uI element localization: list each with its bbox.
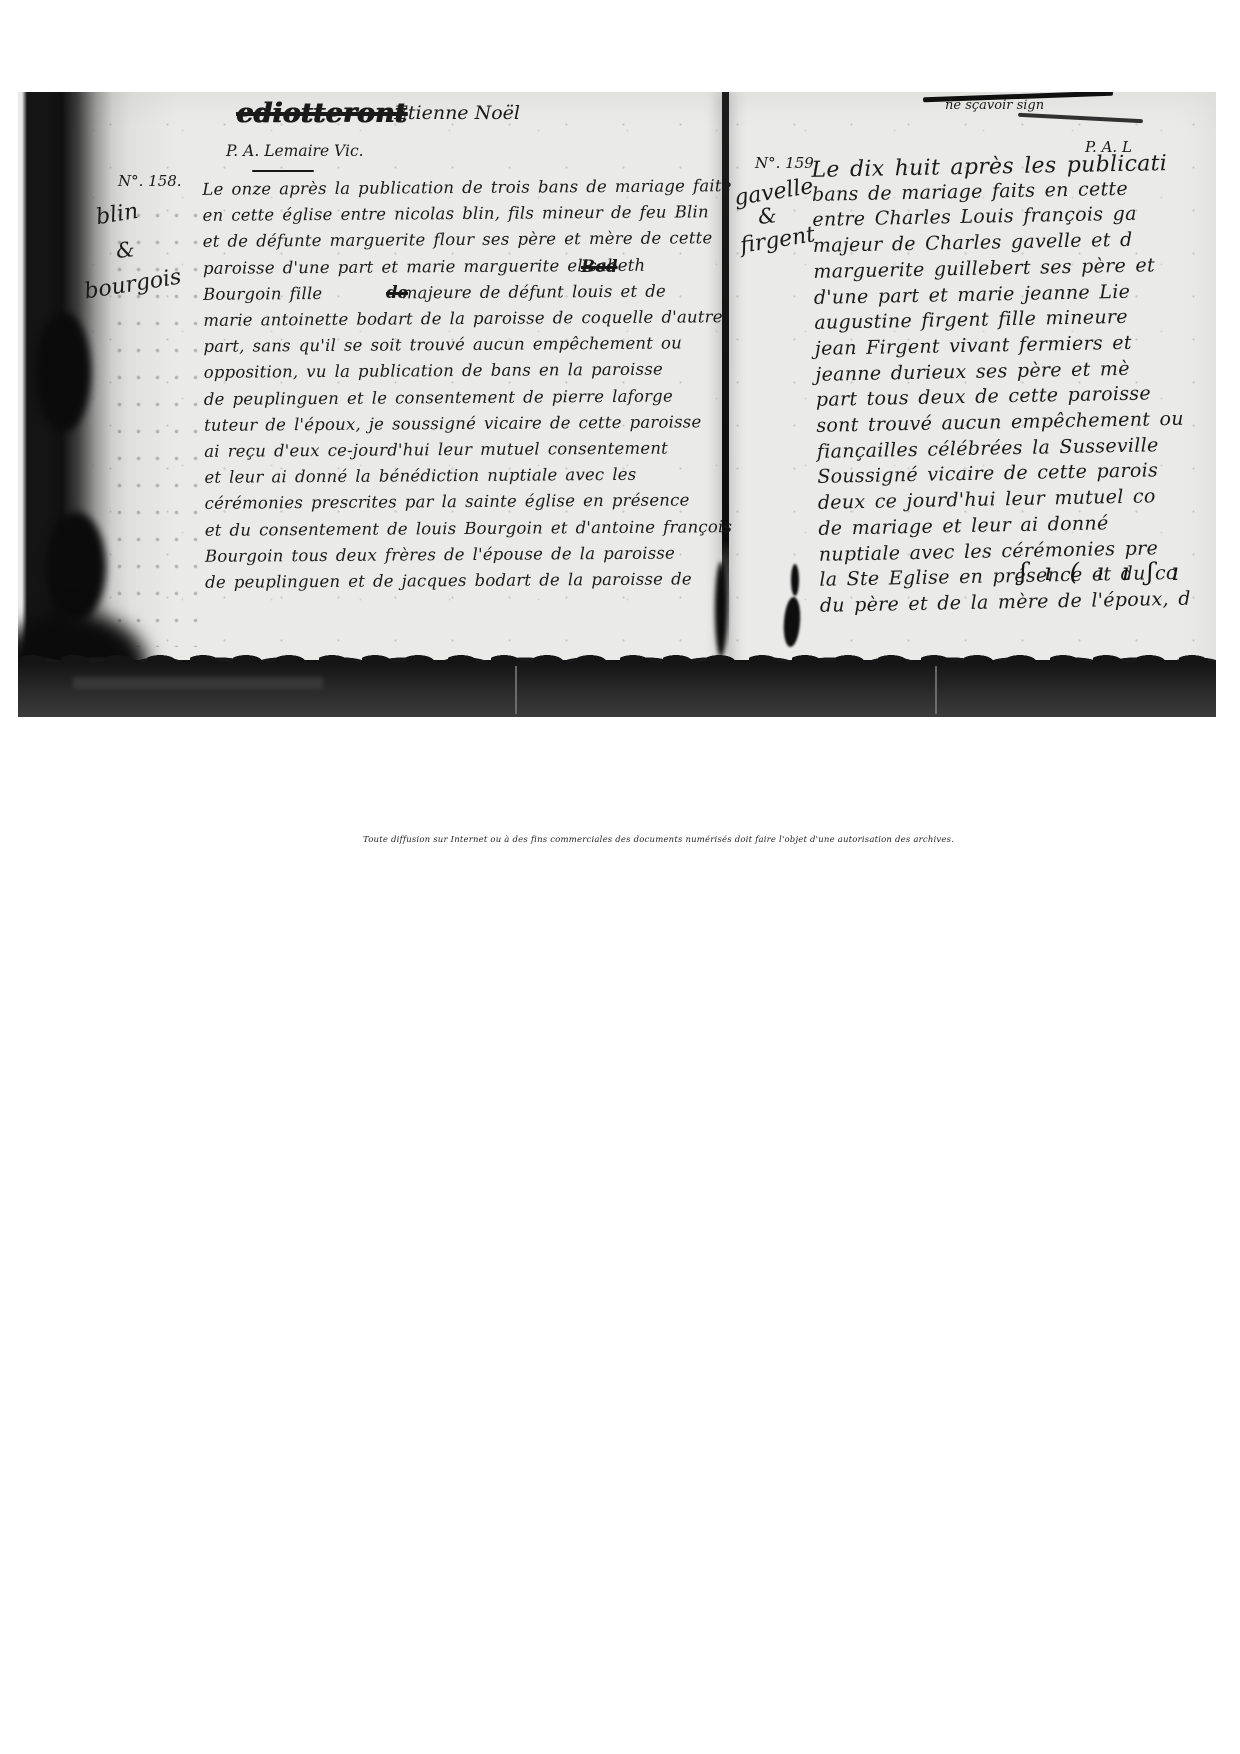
record-line: part tous deux de cette paroisse: [816, 382, 1151, 410]
page: { "scan": { "colors": { "paper": "#eaeae…: [0, 0, 1240, 1754]
record-line: augustine firgent fille mineure: [814, 306, 1128, 334]
margin-name-firgent: firgent: [739, 222, 817, 258]
record-line: et de défunte marguerite flour ses père …: [203, 228, 713, 251]
binding-blob: [36, 312, 91, 432]
record-line: de mariage et leur ai donné: [818, 512, 1109, 540]
register-scan: ediotteront Etienne Noël P. A. Lemaire V…: [18, 92, 1216, 717]
band-streak: [73, 677, 323, 689]
record-line: majeur de Charles gavelle et d: [813, 229, 1133, 257]
entry-header-struck: ediotteront: [236, 98, 407, 129]
record-line: Soussigné vicaire de cette parois: [817, 459, 1158, 488]
record-line: entre Charles Louis françois ga: [812, 203, 1137, 231]
margin-ampersand: &: [757, 203, 778, 229]
record-line: cérémonies prescrites par la sainte égli…: [205, 490, 690, 512]
margin-ampersand: &: [115, 237, 136, 263]
left-record-text: Le onze après la publication de trois ba…: [202, 176, 725, 660]
band-scratch: [935, 666, 937, 714]
record-line: marguerite guillebert ses père et: [813, 254, 1155, 283]
record-line: opposition, vu la publication de bans en…: [204, 360, 663, 382]
record-line: Le onze après la publication de trois ba…: [202, 176, 731, 199]
record-line: et du consentement de louis Bourgoin et …: [205, 517, 732, 540]
record-line: jeanne durieux ses père et mè: [815, 358, 1130, 386]
ink-blot: [791, 564, 799, 596]
ink-blot: [782, 597, 801, 648]
signature-marks: ʃ ı ( ı ı ʃ ı: [1020, 558, 1184, 586]
entry-header-name: Etienne Noël: [394, 102, 520, 124]
signature-underline: [252, 170, 314, 172]
scan-bottom-band: [18, 660, 1216, 717]
binding-blob: [46, 512, 106, 622]
record-line: sont trouvé aucun empêchement ou: [816, 408, 1184, 437]
record-line: de peuplinguen et de jacques bodart de l…: [205, 569, 692, 591]
record-line: Bourgoin tous deux frères de l'épouse de…: [205, 544, 675, 566]
margin-number-158: N°. 158.: [118, 172, 182, 190]
record-line: paroisse d'une part et marie marguerite …: [203, 256, 646, 278]
record-line: et leur ai donné la bénédiction nuptiale…: [204, 465, 636, 487]
record-line: d'une part et marie jeanne Lie: [814, 281, 1131, 309]
record-line: deux ce jourd'hui leur mutuel co: [818, 485, 1156, 513]
top-fragment: ne sçavoir sign: [945, 98, 1044, 113]
record-line: du père et de la mère de l'époux, d: [820, 588, 1191, 617]
struck-word: de: [386, 283, 408, 302]
document-page: ediotteront Etienne Noël P. A. Lemaire V…: [0, 0, 1240, 1754]
margin-number-159: N°. 159,: [755, 154, 819, 172]
archive-caption: Toute diffusion sur Internet ou à des fi…: [363, 835, 954, 845]
record-line: Bourgoin fille majeure de défunt louis e…: [203, 282, 666, 304]
record-line: bans de mariage faits en cette: [812, 178, 1128, 206]
band-scratch: [515, 666, 517, 714]
record-line: jean Firgent vivant fermiers et: [815, 332, 1132, 360]
struck-word: Bod: [581, 257, 618, 276]
record-line: marie antoinette bodart de la paroisse d…: [203, 307, 722, 330]
vicar-signature-line: P. A. Lemaire Vic.: [226, 142, 364, 160]
record-line: en cette église entre nicolas blin, fils…: [203, 202, 709, 225]
record-line: ai reçu d'eux ce-jourd'hui leur mutuel c…: [204, 439, 668, 461]
record-line: fiançailles célébrées la Susseville: [817, 434, 1159, 463]
record-line: de peuplinguen et le consentement de pie…: [204, 387, 673, 409]
stray-stroke: [1018, 113, 1143, 124]
record-line: tuteur de l'époux, je soussigné vicaire …: [204, 412, 701, 434]
record-line: part, sans qu'il se soit trouvé aucun em…: [203, 333, 682, 355]
